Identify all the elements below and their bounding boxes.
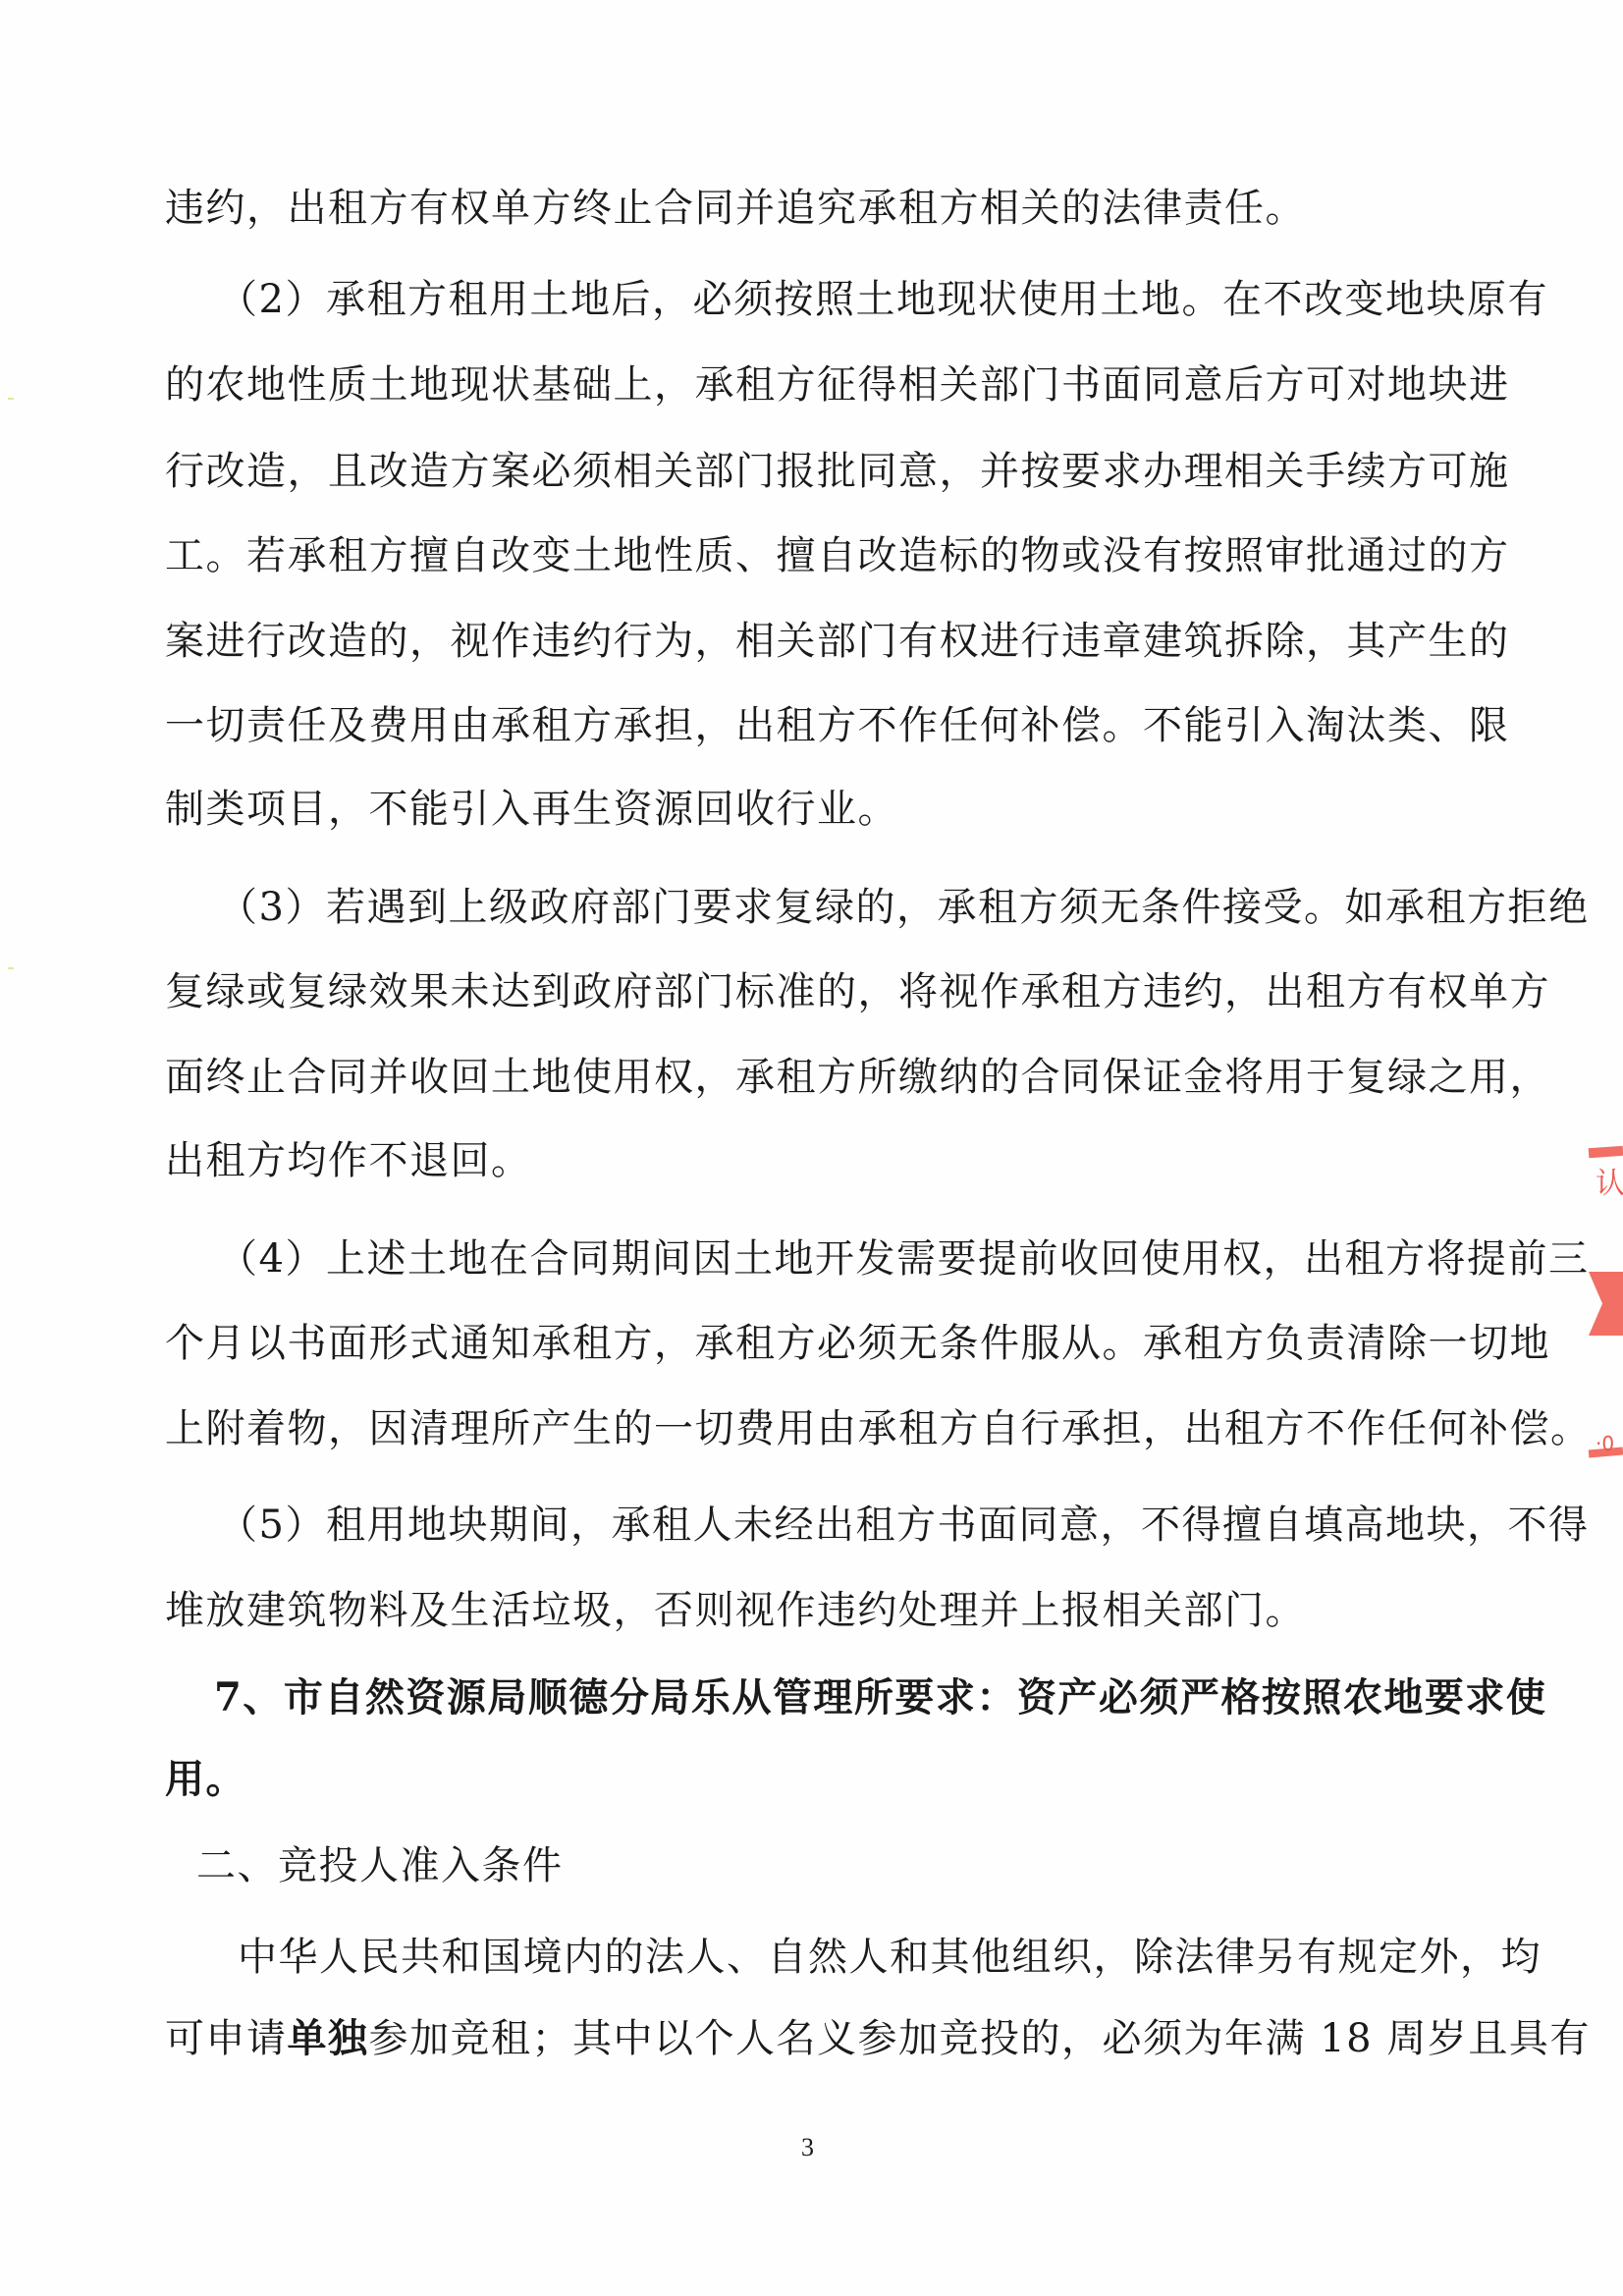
seal-block [1589, 1272, 1623, 1336]
clause-line: 制类项目，不能引入再生资源回收行业。 [165, 786, 1476, 833]
clause-line: 面终止合同并收回土地使用权，承租方所缴纳的合同保证金将用于复绿之用， [165, 1054, 1476, 1101]
clause-line: （5）租用地块期间，承租人未经出租方书面同意，不得擅自填高地块，不得 [218, 1502, 1476, 1549]
scan-edge-mark [8, 967, 14, 969]
section-7-line-2: 用。 [165, 1756, 1476, 1803]
seal-glyph: 认 [1596, 1159, 1623, 1202]
clause-line: 违约，出租方有权单方终止合同并追究承租方相关的法律责任。 [165, 185, 1476, 232]
section-heading: 二、竞投人准入条件 [196, 1842, 1476, 1889]
clause-line: 行改造，且改造方案必须相关部门报批同意，并按要求办理相关手续方可施 [165, 448, 1476, 495]
clause-line: （2）承租方租用土地后，必须按照土地现状使用土地。在不改变地块原有 [218, 276, 1476, 323]
section-7-line-1: 7、市自然资源局顺德分局乐从管理所要求：资产必须严格按照农地要求使 [214, 1674, 1476, 1722]
admission-text-bold: 单独 [288, 2015, 369, 2061]
scan-edge-mark [8, 398, 14, 400]
clause-line: （3）若遇到上级政府部门要求复绿的，承租方须无条件接受。如承租方拒绝 [218, 884, 1476, 931]
clause-line: 一切责任及费用由承租方承担，出租方不作任何补偿。不能引入淘汰类、限 [165, 702, 1476, 749]
clause-line: 复绿或复绿效果未达到政府部门标准的，将视作承租方违约，出租方有权单方 [165, 968, 1476, 1015]
clause-line: （4）上述土地在合同期间因土地开发需要提前收回使用权，出租方将提前三 [218, 1235, 1476, 1283]
document-page: 违约，出租方有权单方终止合同并追究承租方相关的法律责任。（2）承租方租用土地后，… [0, 0, 1623, 2296]
admission-line-2: 可申请单独参加竞租；其中以个人名义参加竞投的，必须为年满 18 周岁且具有 [165, 2015, 1476, 2062]
admission-line-1: 中华人民共和国境内的法人、自然人和其他组织，除法律另有规定外，均 [238, 1934, 1476, 1981]
seal-stroke-bottom [1589, 1447, 1623, 1457]
clause-line: 个月以书面形式通知承租方，承租方必须无条件服从。承租方负责清除一切地 [165, 1320, 1476, 1367]
admission-text-post: 参加竞租；其中以个人名义参加竞投的，必须为年满 18 周岁且具有 [369, 2016, 1591, 2061]
clause-line: 工。若承租方擅自改变土地性质、擅自改造标的物或没有按照审批通过的方 [165, 532, 1476, 579]
seal-stroke [1589, 1146, 1623, 1158]
page-number: 3 [801, 2133, 814, 2162]
clause-line: 上附着物，因清理所产生的一切费用由承租方自行承担，出租方不作任何补偿。 [165, 1405, 1476, 1452]
clause-line: 堆放建筑物料及生活垃圾，否则视作违约处理并上报相关部门。 [165, 1587, 1476, 1634]
admission-text-pre: 可申请 [165, 2016, 288, 2061]
clause-line: 案进行改造的，视作违约行为，相关部门有权进行违章建筑拆除，其产生的 [165, 618, 1476, 665]
clause-line: 的农地性质土地现状基础上，承租方征得相关部门书面同意后方可对地块进 [165, 361, 1476, 409]
clause-line: 出租方均作不退回。 [165, 1137, 1476, 1184]
